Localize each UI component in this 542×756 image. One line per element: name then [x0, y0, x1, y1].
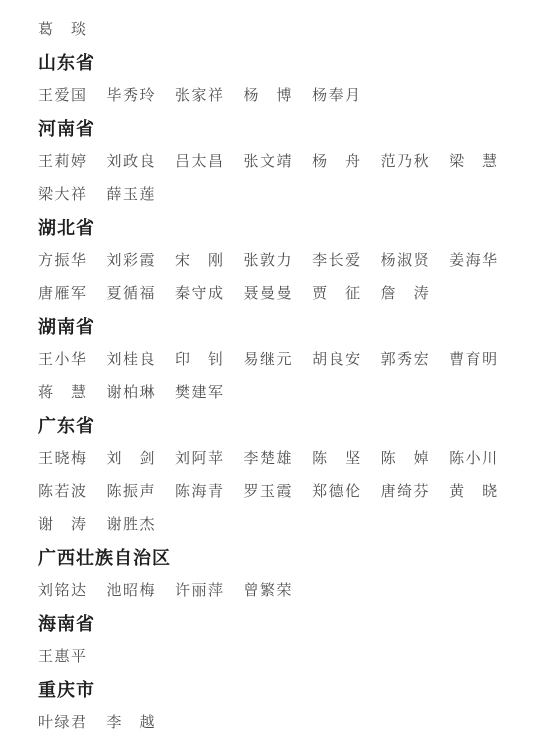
- person-name: 叶绿君: [38, 711, 88, 732]
- person-name: 杨 舟: [312, 150, 362, 171]
- province-header: 河南省: [38, 111, 484, 144]
- person-name: 曹育明: [449, 348, 499, 369]
- person-name: 王小华: [38, 348, 88, 369]
- name-row: 梁大祥薛玉莲: [38, 177, 484, 210]
- province-header: 湖北省: [38, 210, 484, 243]
- person-name: 刘政良: [107, 150, 157, 171]
- person-name: 葛 琰: [38, 18, 88, 39]
- person-name: 陈 婥: [381, 447, 431, 468]
- person-name: 毕秀玲: [107, 84, 157, 105]
- continuation-name-row: 葛 琰: [38, 12, 484, 45]
- person-name: 刘彩霞: [107, 249, 157, 270]
- name-row: 王爱国毕秀玲张家祥杨 博杨奉月: [38, 78, 484, 111]
- person-name: 陈 坚: [312, 447, 362, 468]
- person-name: 唐雁军: [38, 282, 88, 303]
- name-row: 谢 涛谢胜杰: [38, 507, 484, 540]
- person-name: 杨 博: [244, 84, 294, 105]
- name-row: 陈若波陈振声陈海青罗玉霞郑德伦唐绮芬黄 晓: [38, 474, 484, 507]
- person-name: 谢柏琳: [107, 381, 157, 402]
- person-name: 谢 涛: [38, 513, 88, 534]
- person-name: 王爱国: [38, 84, 88, 105]
- person-name: 詹 涛: [381, 282, 431, 303]
- person-name: 李楚雄: [244, 447, 294, 468]
- person-name: 王莉婷: [38, 150, 88, 171]
- person-name: 梁 慧: [449, 150, 499, 171]
- person-name: 郭秀宏: [381, 348, 431, 369]
- person-name: 陈若波: [38, 480, 88, 501]
- person-name: 王惠平: [38, 645, 88, 666]
- person-name: 许丽萍: [175, 579, 225, 600]
- person-name: 黄 晓: [449, 480, 499, 501]
- person-name: 陈小川: [449, 447, 499, 468]
- person-name: 吕太昌: [175, 150, 225, 171]
- province-header: 湖南省: [38, 309, 484, 342]
- person-name: 李长爱: [312, 249, 362, 270]
- person-name: 梁大祥: [38, 183, 88, 204]
- person-name: 蒋 慧: [38, 381, 88, 402]
- document-body: 葛 琰山东省王爱国毕秀玲张家祥杨 博杨奉月河南省王莉婷刘政良吕太昌张文靖杨 舟范…: [38, 12, 484, 738]
- person-name: 郑德伦: [312, 480, 362, 501]
- province-header: 重庆市: [38, 672, 484, 705]
- person-name: 曾繁荣: [244, 579, 294, 600]
- person-name: 张文靖: [244, 150, 294, 171]
- person-name: 方振华: [38, 249, 88, 270]
- name-row: 刘铭达池昭梅许丽萍曾繁荣: [38, 573, 484, 606]
- person-name: 范乃秋: [381, 150, 431, 171]
- person-name: 印 钊: [175, 348, 225, 369]
- person-name: 唐绮芬: [381, 480, 431, 501]
- name-row: 叶绿君李 越: [38, 705, 484, 738]
- person-name: 夏循福: [107, 282, 157, 303]
- name-row: 蒋 慧谢柏琳樊建军: [38, 375, 484, 408]
- name-row: 唐雁军夏循福秦守成聂曼曼贾 征詹 涛: [38, 276, 484, 309]
- person-name: 谢胜杰: [107, 513, 157, 534]
- person-name: 张家祥: [175, 84, 225, 105]
- person-name: 张敦力: [244, 249, 294, 270]
- province-header: 广东省: [38, 408, 484, 441]
- person-name: 刘铭达: [38, 579, 88, 600]
- name-list-document: 葛 琰山东省王爱国毕秀玲张家祥杨 博杨奉月河南省王莉婷刘政良吕太昌张文靖杨 舟范…: [0, 0, 542, 756]
- person-name: 陈海青: [175, 480, 225, 501]
- person-name: 刘阿苹: [175, 447, 225, 468]
- name-row: 王莉婷刘政良吕太昌张文靖杨 舟范乃秋梁 慧: [38, 144, 484, 177]
- person-name: 李 越: [107, 711, 157, 732]
- person-name: 姜海华: [449, 249, 499, 270]
- province-header: 海南省: [38, 606, 484, 639]
- name-row: 王小华刘桂良印 钊易继元胡良安郭秀宏曹育明: [38, 342, 484, 375]
- person-name: 胡良安: [312, 348, 362, 369]
- person-name: 秦守成: [175, 282, 225, 303]
- person-name: 王晓梅: [38, 447, 88, 468]
- person-name: 陈振声: [107, 480, 157, 501]
- person-name: 薛玉莲: [107, 183, 157, 204]
- person-name: 杨奉月: [312, 84, 362, 105]
- person-name: 贾 征: [312, 282, 362, 303]
- name-row: 方振华刘彩霞宋 刚张敦力李长爱杨淑贤姜海华: [38, 243, 484, 276]
- province-header: 山东省: [38, 45, 484, 78]
- province-header: 广西壮族自治区: [38, 540, 484, 573]
- person-name: 池昭梅: [107, 579, 157, 600]
- name-row: 王晓梅刘 剑刘阿苹李楚雄陈 坚陈 婥陈小川: [38, 441, 484, 474]
- person-name: 樊建军: [175, 381, 225, 402]
- person-name: 刘 剑: [107, 447, 157, 468]
- person-name: 杨淑贤: [381, 249, 431, 270]
- person-name: 聂曼曼: [244, 282, 294, 303]
- person-name: 宋 刚: [175, 249, 225, 270]
- person-name: 易继元: [244, 348, 294, 369]
- person-name: 罗玉霞: [244, 480, 294, 501]
- name-row: 王惠平: [38, 639, 484, 672]
- person-name: 刘桂良: [107, 348, 157, 369]
